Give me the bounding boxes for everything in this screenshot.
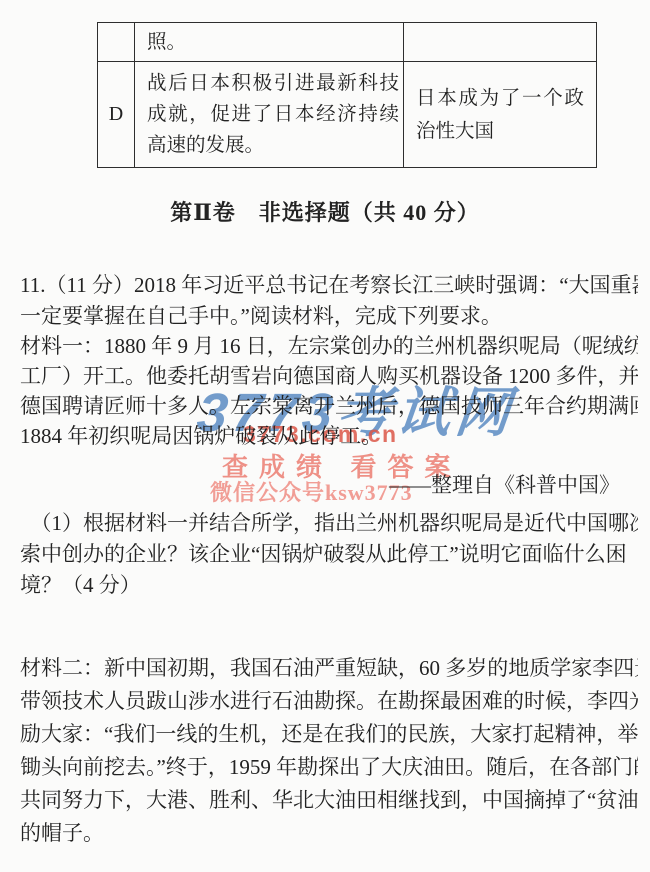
section-heading: 第Ⅱ卷 非选择题（共 40 分）: [0, 196, 650, 227]
option-conclusion-cell: [404, 23, 597, 62]
text-line: 材料一：1880 年 9 月 16 日，左宗棠创办的兰州机器织呢局（呢绒纺织: [20, 331, 638, 361]
text-line: 一定要掌握在自己手中。”阅读材料，完成下列要求。: [20, 301, 638, 332]
text-line: （1）根据材料一并结合所学，指出兰州机器织呢局是近代中国哪次探: [20, 508, 638, 539]
option-description-cell: 战后日本积极引进最新科技成就，促进了日本经济持续高速的发展。: [135, 62, 404, 168]
text-line: 德国聘请匠师十多人。左宗棠离开兰州后，德国技师三年合约期满回国。: [20, 391, 638, 421]
option-letter-cell: [98, 23, 135, 62]
material-two-paragraph: 材料二：新中国初期，我国石油严重短缺，60 多岁的地质学家李四光带领技术人员跋山…: [20, 652, 638, 850]
text-line: 索中创办的企业？该企业“因锅炉破裂从此停工”说明它面临什么困: [20, 539, 638, 570]
option-letter-cell: D: [98, 62, 135, 168]
text-line: 工厂）开工。他委托胡雪岩向德国商人购买机器设备 1200 多件，并从: [20, 361, 638, 391]
text-line: 带领技术人员跋山涉水进行石油勘探。在勘探最困难的时候，李四光鼓: [20, 685, 638, 718]
text-line: 共同努力下，大港、胜利、华北大油田相继找到，中国摘掉了“贫油”: [20, 784, 638, 817]
question-11-intro: 11.（11 分）2018 年习近平总书记在考察长江三峡时强调：“大国重器，一定…: [20, 270, 638, 332]
material-one-paragraph: 材料一：1880 年 9 月 16 日，左宗棠创办的兰州机器织呢局（呢绒纺织工厂…: [20, 331, 638, 451]
text-line: 材料二：新中国初期，我国石油严重短缺，60 多岁的地质学家李四光: [20, 652, 638, 685]
answer-options-table: 照。 D 战后日本积极引进最新科技成就，促进了日本经济持续高速的发展。 日本成为…: [97, 22, 597, 168]
text-line: 11.（11 分）2018 年习近平总书记在考察长江三峡时强调：“大国重器，: [20, 270, 638, 301]
text-line: 锄头向前挖去。”终于，1959 年勘探出了大庆油田。随后，在各部门的: [20, 751, 638, 784]
text-line: 的帽子。: [20, 817, 638, 850]
table-row: D 战后日本积极引进最新科技成就，促进了日本经济持续高速的发展。 日本成为了一个…: [98, 62, 597, 168]
text-line: 1884 年初织呢局因锅炉破裂从此停工。: [20, 421, 638, 451]
material-one-source: ——整理自《科普中国》: [20, 470, 620, 500]
text-line: 境？（4 分）: [20, 570, 638, 601]
text-line: 励大家：“我们一线的生机，还是在我们的民族，大家打起精神，举起: [20, 718, 638, 751]
table-row: 照。: [98, 23, 597, 62]
sub-question-1: （1）根据材料一并结合所学，指出兰州机器织呢局是近代中国哪次探索中创办的企业？该…: [20, 508, 638, 601]
option-conclusion-cell: 日本成为了一个政治性大国: [404, 62, 597, 168]
exam-page: 照。 D 战后日本积极引进最新科技成就，促进了日本经济持续高速的发展。 日本成为…: [0, 0, 650, 872]
option-description-cell: 照。: [135, 23, 404, 62]
